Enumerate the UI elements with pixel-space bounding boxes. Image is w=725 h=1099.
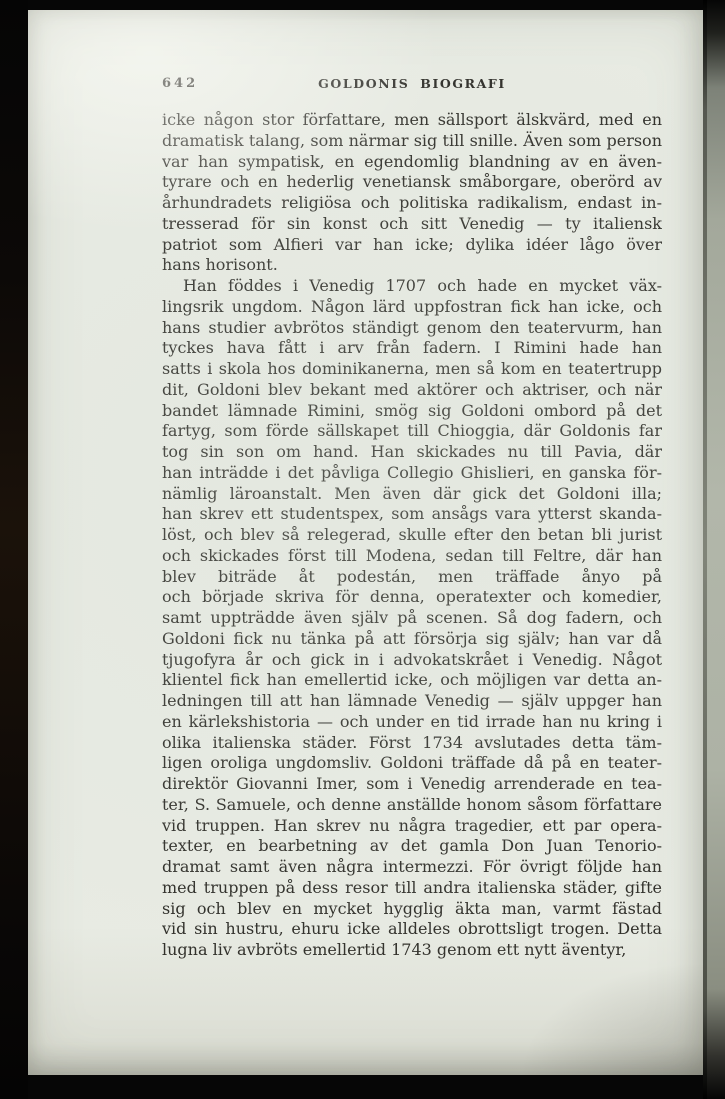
text-line: patriot som Alfieri var han icke; dylika… [162,235,662,256]
text-line: ledningen till att han lämnade Venedig —… [162,691,662,712]
text-line: nämlig läroanstalt. Men även där gick de… [162,484,662,505]
book-gutter-shadow [0,0,28,1099]
text-line: vid sin hustru, ehuru icke alldeles obro… [162,919,662,940]
text-line: vid truppen. Han skrev nu några tragedie… [162,816,662,837]
text-line: direktör Giovanni Imer, som i Venedig ar… [162,774,662,795]
text-line: klientel fick han emellertid icke, och m… [162,670,662,691]
text-line: tog sin son om hand. Han skickades nu ti… [162,442,662,463]
text-line: icke någon stor författare, men sällspor… [162,110,662,131]
running-title: GOLDONIS BIOGRAFI [162,76,662,91]
page-edge-stack [703,0,725,1099]
text-line: tyckes hava fått i arv från fadern. I Ri… [162,338,662,359]
text-line: var han sympatisk, en egendomlig blandni… [162,152,662,173]
text-line: dramatisk talang, som närmar sig till sn… [162,131,662,152]
text-line: hans horisont. [162,255,662,276]
text-line: århundradets religiösa och politiska rad… [162,193,662,214]
text-line: löst, och blev så relegerad, skulle efte… [162,525,662,546]
text-line: dit, Goldoni blev bekant med aktörer och… [162,380,662,401]
text-line: och började skriva för denna, operatexte… [162,587,662,608]
text-line: blev biträde åt podestán, men träffade å… [162,567,662,588]
text-line: bandet lämnade Rimini, smög sig Goldoni … [162,401,662,422]
paragraph: icke någon stor författare, men sällspor… [162,110,662,276]
page-edge-shadow-line [703,0,707,1099]
scanned-book-photo: 642 GOLDONIS BIOGRAFI icke någon stor fö… [0,0,725,1099]
text-line: tresserad för sin konst och sitt Venedig… [162,214,662,235]
text-line: tjugofyra år och gick in i advokatskrået… [162,650,662,671]
text-line: sig och blev en mycket hygglig äkta man,… [162,899,662,920]
text-line: satts i skola hos dominikanerna, men så … [162,359,662,380]
text-line: Han föddes i Venedig 1707 och hade en my… [162,276,662,297]
text-line: och skickades först till Modena, sedan t… [162,546,662,567]
text-line: lingsrik ungdom. Någon lärd uppfostran f… [162,297,662,318]
book-page: 642 GOLDONIS BIOGRAFI icke någon stor fö… [28,10,703,1075]
text-line: ter, S. Samuele, och denne anställde hon… [162,795,662,816]
text-line: dramat samt även några intermezzi. För ö… [162,857,662,878]
text-line: tyrare och en hederlig venetiansk småbor… [162,172,662,193]
text-line: lugna liv avbröts emellertid 1743 genom … [162,940,662,961]
text-line: texter, en bearbetning av det gamla Don … [162,836,662,857]
text-line: med truppen på dess resor till andra ita… [162,878,662,899]
text-line: Goldoni fick nu tänka på att försörja si… [162,629,662,650]
text-line: han inträdde i det påvliga Collegio Ghis… [162,463,662,484]
text-line: en kärlekshistoria — och under en tid ir… [162,712,662,733]
text-line: samt uppträdde även själv på scenen. Så … [162,608,662,629]
text-line: hans studier avbrötos ständigt genom den… [162,318,662,339]
text-line: han skrev ett studentspex, som ansågs va… [162,504,662,525]
text-line: olika italienska städer. Först 1734 avsl… [162,733,662,754]
text-line: ligen oroliga ungdomsliv. Goldoni träffa… [162,753,662,774]
paragraph: Han föddes i Venedig 1707 och hade en my… [162,276,662,961]
running-head: 642 GOLDONIS BIOGRAFI [162,76,662,94]
text-line: fartyg, som förde sällskapet till Chiogg… [162,421,662,442]
body-text: icke någon stor författare, men sällspor… [162,110,662,961]
